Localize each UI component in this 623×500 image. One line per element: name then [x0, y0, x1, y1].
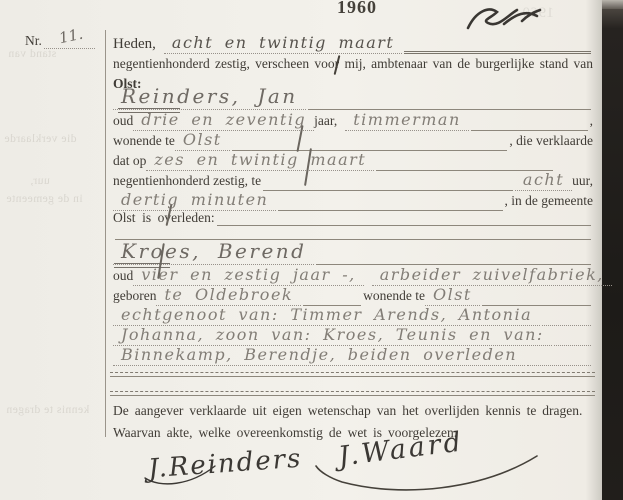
ghost-text: die verklaarde	[4, 133, 76, 145]
nr-value: 11.	[57, 25, 84, 48]
heden-label: Heden,	[113, 36, 156, 53]
page-year: 1960	[337, 0, 377, 18]
intro-row: negentienhonderd zestig, verscheen voor …	[113, 56, 593, 72]
spouse-row-2: Johanna, zoon van: Kroes, Teunis en van:	[113, 325, 593, 346]
declarant-residence-row: wonende te Olst , die verklaarde	[113, 130, 593, 151]
section-separator	[110, 391, 595, 396]
oud-label: oud	[113, 268, 133, 284]
closing-statement-1: De aangever verklaarde uit eigen wetensc…	[113, 403, 593, 419]
rule-line	[404, 51, 591, 54]
uur-label: uur,	[572, 173, 593, 189]
deceased-occupation: arbeider zuivelfabriek,	[372, 265, 612, 286]
in-de-gemeente-label: , in de gemeente	[505, 193, 593, 209]
dat-op-label: dat op	[113, 153, 146, 169]
signature-flourish	[312, 452, 542, 500]
spouse-row-3: Binnekamp, Berendje, beiden overleden	[113, 345, 593, 366]
margin-rule	[105, 30, 106, 437]
jaar-label: jaar,	[314, 113, 337, 129]
deceased-birth-row: geboren te Oldebroek wonende te Olst	[113, 285, 593, 306]
deceased-birthplace: te Oldebroek	[156, 285, 301, 306]
intro-text: negentienhonderd zestig, verscheen voor …	[113, 56, 593, 72]
deceased-name: Kroes, Berend	[113, 239, 314, 265]
wonende-te-label: wonende te	[363, 288, 425, 304]
death-minutes: dertig minuten	[113, 190, 276, 211]
declarant-occupation: timmerman	[345, 110, 469, 131]
death-date-row: dat op zes en twintig maart	[113, 150, 555, 171]
death-date: zes en twintig maart	[146, 150, 374, 171]
nr-label: Nr.	[25, 33, 42, 49]
ghost-text: uur,	[30, 175, 50, 187]
ghost-text: in de gemeente	[6, 193, 83, 205]
section-separator	[110, 372, 595, 377]
wonende-te-label: wonende te	[113, 133, 175, 149]
act-date-row: Heden, acht en twintig maart	[113, 33, 593, 54]
spouse-row-1: echtgenoot van: Timmer Arends, Antonia	[113, 305, 593, 326]
deceased-name-row: Kroes, Berend	[113, 239, 593, 265]
act-date-value: acht en twintig maart	[164, 33, 402, 54]
death-minutes-row: dertig minuten , in de gemeente	[113, 190, 593, 211]
deceased-age: vier en zestig jaar -,	[133, 265, 363, 286]
death-hour: acht	[515, 170, 572, 191]
death-hour-row: negentienhonderd zestig, te acht uur,	[113, 170, 593, 191]
registrar-initials-mark	[462, 1, 544, 35]
declarant-name: Reinders, Jan	[113, 84, 306, 110]
deceased-residence: Olst	[425, 285, 480, 306]
blank-row	[113, 224, 593, 240]
certificate-scan: 1960 stand van die verklaarde uur, in de…	[0, 0, 623, 500]
oud-label: oud	[113, 113, 133, 129]
declarant-age: drie en zeventig	[133, 110, 314, 131]
ghost-text: kennis te dragen	[6, 404, 89, 416]
act-number: Nr. 11.	[25, 33, 97, 49]
declarant-residence: Olst	[175, 130, 230, 151]
die-verklaarde-label: , die verklaarde	[509, 133, 593, 149]
comma: ,	[590, 113, 593, 129]
rule-line	[527, 365, 591, 366]
spouse-line-3: Binnekamp, Berendje, beiden overleden	[113, 345, 525, 366]
closing-statement-2: Waarvan akte, welke overeenkomstig de we…	[113, 425, 593, 441]
nr-dotted-line	[44, 48, 95, 49]
declarant-age-row: oud drie en zeventig jaar, timmerman ,	[113, 110, 593, 131]
scan-edge-band	[602, 9, 623, 500]
signature-flourish	[140, 460, 220, 490]
spouse-line-2: Johanna, zoon van: Kroes, Teunis en van:	[113, 325, 552, 346]
declarant-name-row: Reinders, Jan	[113, 84, 593, 110]
negentienhonderd-te-label: negentienhonderd zestig, te	[113, 173, 261, 189]
ghost-text: stand van	[8, 48, 56, 60]
geboren-label: geboren	[113, 288, 156, 304]
spouse-line-1: echtgenoot van: Timmer Arends, Antonia	[113, 305, 540, 326]
deceased-age-row: oud vier en zestig jaar -, arbeider zuiv…	[113, 265, 593, 286]
